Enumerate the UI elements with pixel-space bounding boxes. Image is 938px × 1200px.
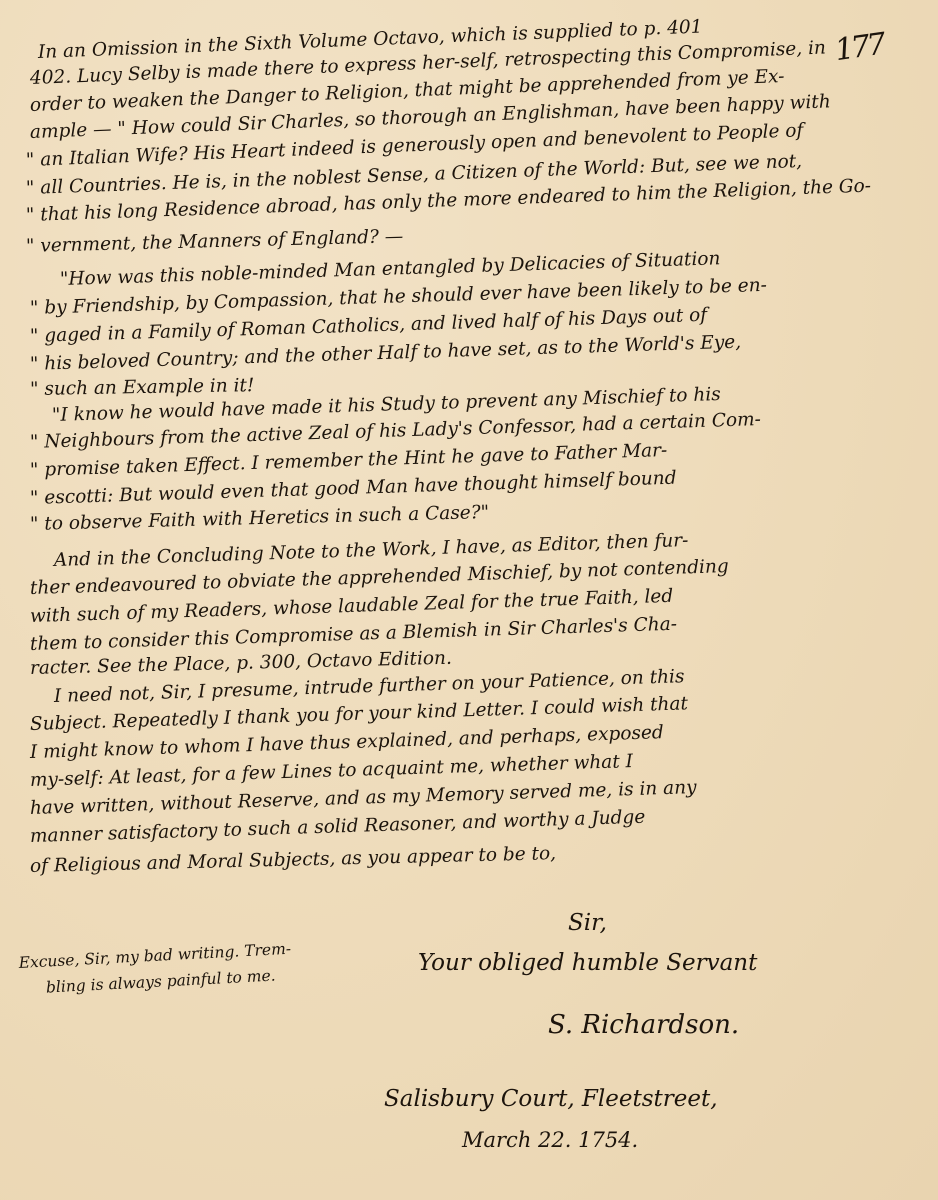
body-line: racter. See the Place, p. 300, Octavo Ed… [30,650,452,679]
page-number: 177 [833,27,886,68]
postscript: Excuse, Sir, my bad writing. Trem- bling… [18,936,293,1002]
valediction: Your obliged humble Servant [418,952,757,975]
date: March 22. 1754. [462,1130,638,1151]
body-line: of Religious and Moral Subjects, as you … [30,845,556,876]
body-line: " vernment, the Manners of England? — [26,228,404,256]
manuscript-page: 177 In an Omission in the Sixth Volume O… [0,0,938,1200]
signature: S. Richardson. [548,1012,739,1038]
body-line: " such an Example in it! [30,377,255,399]
salutation: Sir, [568,912,607,935]
address: Salisbury Court, Fleetstreet, [384,1088,718,1111]
body-line: " to observe Faith with Heretics in such… [30,504,490,535]
